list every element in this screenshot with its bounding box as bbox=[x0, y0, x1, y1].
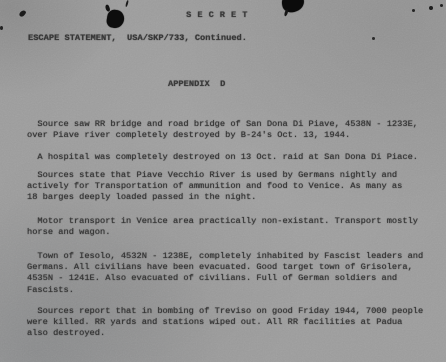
paragraph-motor-transport: Motor transport in Venice area practical… bbox=[27, 216, 418, 238]
appendix-heading: APPENDIX D bbox=[168, 79, 225, 90]
document-text-layer: S E C R E T ESCAPE STATEMENT, USA/SKP/73… bbox=[0, 0, 446, 362]
paragraph-piave-vecchio-river: Sources state that Piave Vecchio River i… bbox=[27, 170, 402, 204]
reference-line: ESCAPE STATEMENT, USA/SKP/733, Continued… bbox=[28, 33, 247, 44]
paragraph-treviso-bombing: Sources report that in bombing of Trevis… bbox=[27, 306, 423, 340]
paragraph-bridges-destroyed: Source saw RR bridge and road bridge of … bbox=[27, 119, 418, 141]
paragraph-town-of-iesolo: Town of Iesolo, 4532N - 1238E, completel… bbox=[27, 251, 423, 296]
scanned-document-page: S E C R E T ESCAPE STATEMENT, USA/SKP/73… bbox=[0, 0, 446, 362]
classification-stamp-secret: S E C R E T bbox=[0, 10, 434, 21]
paragraph-hospital-destroyed: A hospital was completely destroyed on 1… bbox=[27, 152, 418, 163]
